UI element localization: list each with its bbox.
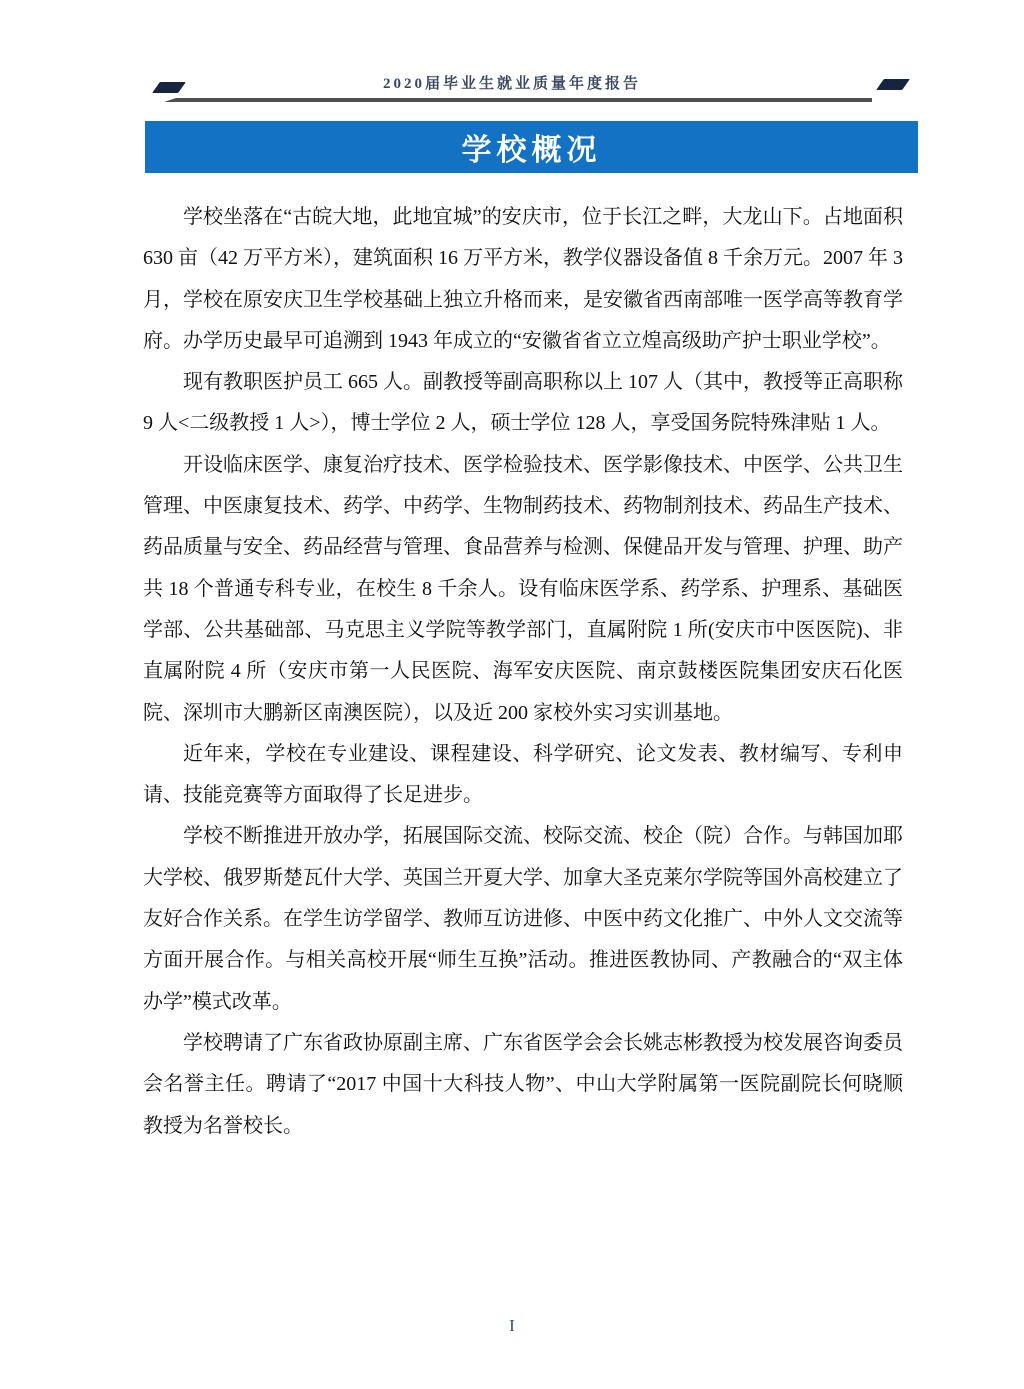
running-header-title: 2020届毕业生就业质量年度报告	[0, 72, 1024, 93]
report-page: 2020届毕业生就业质量年度报告 学校概况 学校坐落在“古皖大地，此地宜城”的安…	[0, 0, 1024, 1389]
document-body: 学校坐落在“古皖大地，此地宜城”的安庆市，位于长江之畔，大龙山下。占地面积 63…	[143, 197, 903, 1147]
page-footer: I	[0, 1316, 1024, 1336]
paragraph-majors-hospitals: 开设临床医学、康复治疗技术、医学检验技术、医学影像技术、中医学、公共卫生管理、中…	[143, 445, 903, 734]
section-title-banner: 学校概况	[145, 121, 918, 173]
paragraph-honorary-appointments: 学校聘请了广东省政协原副主席、广东省医学会会长姚志彬教授为校发展咨询委员会名誉主…	[143, 1023, 903, 1147]
paragraph-international-cooperation: 学校不断推进开放办学，拓展国际交流、校际交流、校企（院）合作。与韩国加耶大学校、…	[143, 816, 903, 1022]
page-number: I	[509, 1316, 515, 1335]
header-rule	[150, 98, 872, 102]
paragraph-staff: 现有教职医护员工 665 人。副教授等副高职称以上 107 人（其中，教授等正高…	[143, 362, 903, 445]
paragraph-progress: 近年来，学校在专业建设、课程建设、科学研究、论文发表、教材编写、专利申请、技能竞…	[143, 734, 903, 817]
section-title: 学校概况	[462, 125, 602, 169]
paragraph-school-location: 学校坐落在“古皖大地，此地宜城”的安庆市，位于长江之畔，大龙山下。占地面积 63…	[143, 197, 903, 362]
